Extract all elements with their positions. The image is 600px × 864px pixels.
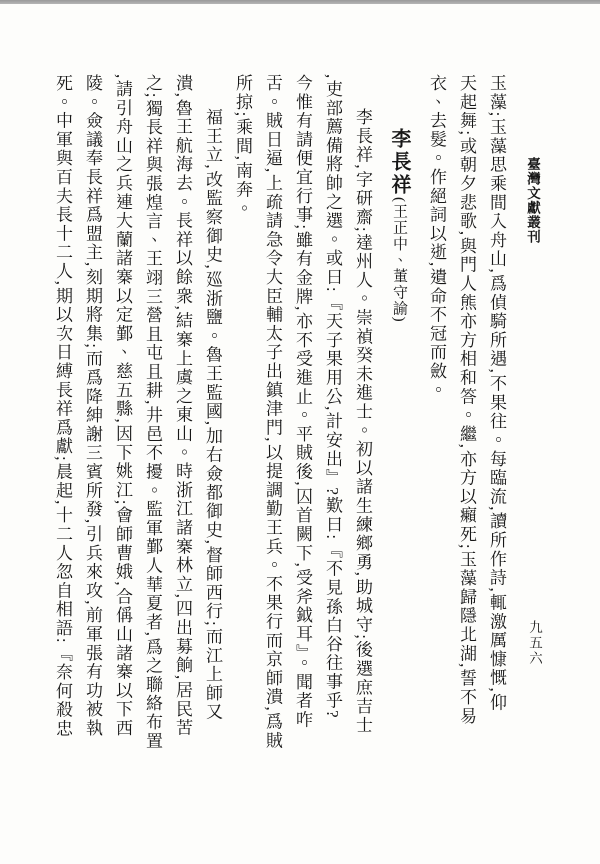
text-column: 福王立,改監察御史,廵浙鹽。魯王監國,加右僉都御史,督師西行;而江上師又 <box>197 74 227 792</box>
running-head-series-title: 臺灣文獻叢刊 <box>522 157 542 244</box>
text-column: 之;獨長祥與張煌言、王翊三營且屯且耕,井邑不擾。監軍鄞人華夏者,爲之聯絡布置 <box>137 74 167 792</box>
scan-edge-artifact <box>0 0 600 4</box>
text-column: 玉藻;玉藻思乘間入舟山,爲偵騎所遇,不果往。每臨流,讀所作詩,輒激厲慷慨,仰 <box>481 74 511 792</box>
section-heading-title: 李長祥 <box>388 128 410 197</box>
text-column: 衣、去髮。作絕詞以逝,遺命不冠而斂。 <box>421 74 451 792</box>
text-column: 李長祥,字研齋;達州人。崇禎癸未進士。初以諸生練鄉勇,助城守;後選庶吉士 <box>347 74 377 792</box>
scanned-book-page: 臺灣文獻叢刊 九五六 玉藻;玉藻思乘間入舟山,爲偵騎所遇,不果往。每臨流,讀所作… <box>0 0 600 864</box>
text-column: 舌。賊日逼,上疏請急令大臣輔太子出鎮津門,以提調勤王兵。不果行而京師潰,爲賊 <box>257 74 287 792</box>
text-column: 潰,魯王航海去。長祥以餘衆,結寨上虞之東山。時浙江諸寨林立,四出募餉,居民苦 <box>167 74 197 792</box>
text-column: 天起舞;或朝夕悲歌,與門人熊亦方相和答。繼,亦方以癩死;玉藻歸隱北湖,誓不易 <box>451 74 481 792</box>
text-column: ,吏部薦備將帥之選。或曰:『天子果用公,計安出』?歎曰:『不見孫白谷往事乎? <box>317 74 347 792</box>
section-heading-annotation: (王正中、董守諭) <box>391 197 407 323</box>
text-column: 所掠;乘間,南奔。 <box>227 74 257 792</box>
text-column: 陵。僉議奉長祥爲盟主,刻期將集;而爲降紳謝三賓所發,引兵來攻,前軍張有功被執 <box>77 74 107 792</box>
text-column: ,請引舟山之兵連大蘭諸寨以定鄞、慈五縣,因下姚江;會師曹娥,合偁山諸寨以下西 <box>107 74 137 792</box>
page-number: 九五六 <box>524 620 544 667</box>
text-column: 今惟有請便宜行事;雖有金牌,亦不受進止。平賊後,囚首闕下,受斧鉞耳』。聞者咋 <box>287 74 317 792</box>
body-text-block: 玉藻;玉藻思乘間入舟山,爲偵騎所遇,不果往。每臨流,讀所作詩,輒激厲慷慨,仰 天… <box>47 74 511 792</box>
section-heading: 李長祥(王正中、董守諭) <box>377 74 421 792</box>
text-column: 死。中軍與百夫長十二人,期以次日縛長祥爲獻;晨起,十二人忽自相語:『奈何殺忠 <box>47 74 77 792</box>
